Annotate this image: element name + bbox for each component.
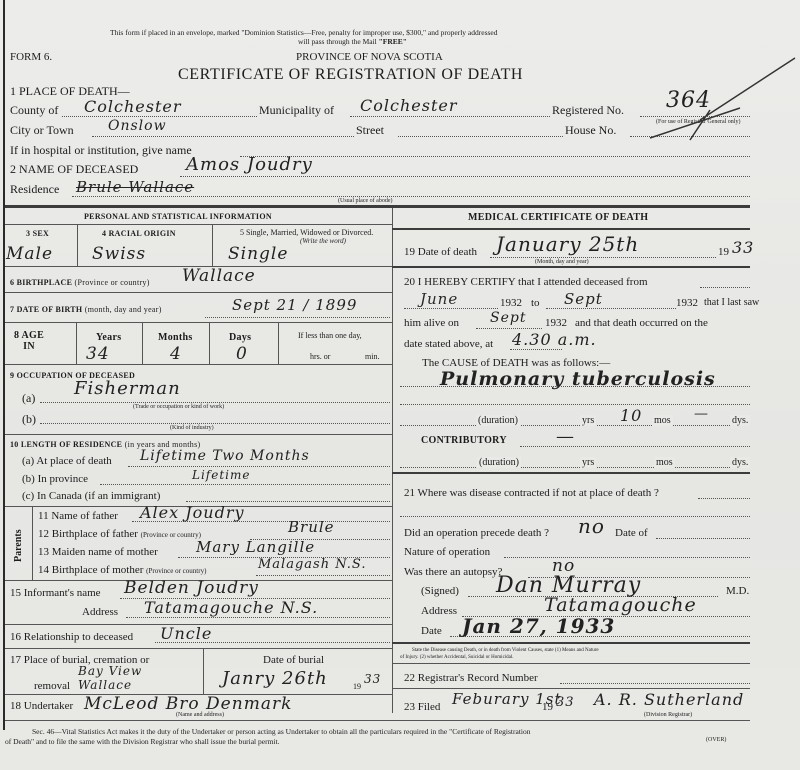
- months-value[interactable]: 4: [170, 344, 182, 364]
- divider: [5, 322, 392, 323]
- birthplace-label: 6 BIRTHPLACE (Province or country): [10, 278, 150, 287]
- residence-value[interactable]: Brule Wallace: [76, 178, 194, 196]
- address-label: Address: [421, 605, 457, 617]
- residence-label: Residence: [10, 182, 59, 197]
- street-line: [398, 136, 563, 137]
- certificate-title: CERTIFICATE OF REGISTRATION OF DEATH: [178, 66, 523, 84]
- res-a-value[interactable]: Lifetime Two Months: [140, 448, 310, 464]
- undertaker-label: 18 Undertaker: [10, 700, 73, 712]
- burial-year-prefix: 19: [353, 682, 361, 691]
- undertaker-note: (Name and address): [176, 712, 224, 718]
- to-value[interactable]: Sept: [564, 290, 603, 308]
- undertaker-value[interactable]: McLeod Bro Denmark: [84, 694, 292, 714]
- dob-value[interactable]: Sept 21 / 1899: [232, 296, 357, 314]
- from-value[interactable]: June: [420, 290, 458, 308]
- time-line: [510, 349, 562, 350]
- death-date-note: (Month, day and year): [535, 259, 589, 265]
- hrs-label: hrs. or: [310, 352, 330, 361]
- years-value[interactable]: 34: [86, 344, 110, 364]
- postal-note: This form if placed in an envelope, mark…: [110, 28, 497, 37]
- county-label: County of: [10, 103, 58, 118]
- res-b-line: [100, 484, 390, 485]
- yrs-label-2: yrs: [580, 457, 596, 468]
- time-value[interactable]: 4.30 a.m.: [512, 330, 597, 349]
- father-label: 11 Name of father: [38, 510, 118, 522]
- municipality-line: [350, 116, 550, 117]
- residence-line: [72, 196, 750, 197]
- check-mark-icon: [630, 50, 800, 150]
- to-line: [546, 308, 676, 309]
- record-number-label: 22 Registrar's Record Number: [404, 672, 538, 684]
- dys-label-2: dys.: [730, 457, 750, 468]
- nature-label: Nature of operation: [404, 546, 490, 558]
- form-number: FORM 6.: [10, 51, 52, 63]
- informant-address-value[interactable]: Tatamagouche N.S.: [144, 598, 318, 617]
- address-value[interactable]: Tatamagouche: [544, 594, 697, 616]
- relationship-label: 16 Relationship to deceased: [10, 631, 133, 643]
- duration-line-2: [400, 467, 750, 468]
- dob-line: [205, 317, 390, 318]
- mother-birthplace-label: 14 Birthplace of mother (Province or cou…: [38, 564, 206, 576]
- county-line: [62, 116, 257, 117]
- date-of-line: [656, 538, 750, 539]
- operation-value[interactable]: no: [578, 514, 605, 538]
- informant-value[interactable]: Belden Joudry: [124, 578, 259, 598]
- state-note-1: State the Disease causing Death, or in d…: [412, 648, 599, 653]
- mother-birthplace-value[interactable]: Malagash N.S.: [258, 557, 366, 572]
- res-b-value[interactable]: Lifetime: [192, 468, 251, 482]
- days-value[interactable]: 0: [236, 344, 248, 364]
- informant-address-line: [126, 617, 390, 618]
- duration-label: (duration): [476, 415, 520, 426]
- divider: [142, 322, 143, 364]
- duration-mos-value[interactable]: 10: [620, 406, 642, 425]
- divider: [209, 322, 210, 364]
- divider: [392, 228, 750, 230]
- autopsy-label: Was there an autopsy?: [404, 566, 502, 578]
- mother-birthplace-line: [256, 575, 390, 576]
- marital-label: 5 Single, Married, Widowed or Divorced.: [240, 228, 373, 237]
- burial-removal-label: removal: [34, 680, 70, 692]
- residence-note: (Usual place of abode): [338, 198, 392, 204]
- md-label: M.D.: [726, 585, 749, 597]
- registrar-note: (Division Registrar): [644, 712, 692, 718]
- death-certificate: This form if placed in an envelope, mark…: [0, 0, 800, 770]
- mother-label: 13 Maiden name of mother: [38, 546, 158, 558]
- city-line: [92, 136, 354, 137]
- duration-label-2: (duration): [477, 457, 521, 468]
- years-label: Years: [96, 332, 121, 343]
- from-line: [404, 308, 498, 309]
- death-year-prefix: 19: [718, 246, 729, 258]
- duration-line: [400, 425, 750, 426]
- personal-heading: PERSONAL AND STATISTICAL INFORMATION: [84, 212, 272, 221]
- occupation-b-label: (b): [22, 412, 36, 427]
- medical-heading: MEDICAL CERTIFICATE OF DEATH: [468, 212, 648, 223]
- divider: [392, 472, 750, 474]
- province-name: PROVINCE OF NOVA SCOTIA: [296, 51, 443, 63]
- footer-line-1: Sec. 46—Vital Statistics Act makes it th…: [32, 727, 531, 736]
- registered-no-label: Registered No.: [552, 103, 624, 118]
- birthplace-value[interactable]: Wallace: [182, 266, 256, 286]
- deceased-name-value[interactable]: Amos Joudry: [186, 154, 313, 175]
- municipality-value[interactable]: Colchester: [360, 96, 457, 115]
- divider: [392, 663, 750, 664]
- divider: [278, 322, 279, 364]
- filed-year-value[interactable]: 33: [556, 695, 575, 710]
- divider: [76, 322, 77, 364]
- from-year: 1932: [500, 297, 522, 309]
- date-of-label: Date of: [615, 527, 648, 539]
- contributory-line: [520, 446, 750, 447]
- divider: [392, 266, 750, 268]
- city-label: City or Town: [10, 123, 74, 138]
- divider: [212, 224, 213, 266]
- occurred-text: and that death occurred on the: [575, 317, 708, 329]
- father-birthplace-label: 12 Birthplace of father (Province or cou…: [38, 528, 201, 540]
- contracted-label: 21 Where was disease contracted if not a…: [404, 487, 659, 499]
- death-year-value[interactable]: 33: [732, 238, 754, 257]
- sex-label: 3 SEX: [26, 229, 49, 238]
- left-border: [3, 0, 5, 730]
- registrar-signature[interactable]: A. R. Sutherland: [594, 690, 744, 709]
- hospital-label: If in hospital or institution, give name: [10, 143, 192, 158]
- divider: [5, 720, 750, 721]
- house-no-label: House No.: [565, 123, 616, 138]
- record-number-line: [560, 683, 750, 684]
- street-label: Street: [356, 123, 384, 138]
- sig-date-label: Date: [421, 625, 442, 637]
- occupation-a-value[interactable]: Fisherman: [74, 378, 181, 399]
- dob-label: 7 DATE OF BIRTH (month, day and year): [10, 305, 162, 314]
- race-value[interactable]: Swiss: [92, 244, 146, 264]
- res-b-label: (b) In province: [22, 473, 88, 485]
- state-note-2: of Injury. (2) whether Accidental, Suici…: [400, 655, 514, 660]
- min-label: min.: [365, 352, 379, 361]
- months-label: Months: [158, 332, 193, 343]
- sex-value[interactable]: Male: [6, 244, 53, 264]
- res-a-label: (a) At place of death: [22, 455, 112, 467]
- footer-line-2: of Death" and to file the same with the …: [5, 737, 279, 746]
- mother-value[interactable]: Mary Langille: [196, 538, 315, 556]
- death-date-value[interactable]: January 25th: [496, 232, 639, 256]
- divider: [203, 648, 204, 694]
- nature-line: [504, 557, 750, 558]
- hospital-line: [240, 156, 750, 157]
- divider: [5, 364, 392, 365]
- section-divider: [5, 205, 750, 208]
- divider: [5, 648, 392, 649]
- burial-place-value-1[interactable]: Bay View: [78, 664, 142, 678]
- occupation-b-line: [40, 423, 390, 424]
- res-c-line: [186, 501, 390, 502]
- divider: [392, 642, 750, 644]
- deceased-name-label: 2 NAME OF DECEASED: [10, 162, 138, 177]
- deceased-name-line: [180, 176, 750, 177]
- postal-note-2: will pass through the Mail "FREE": [298, 37, 407, 46]
- race-label: 4 RACIAL ORIGIN: [102, 229, 176, 238]
- column-divider: [392, 208, 393, 713]
- death-date-label: 19 Date of death: [404, 246, 477, 258]
- divider: [5, 434, 392, 435]
- operation-label: Did an operation precede death ?: [404, 527, 549, 539]
- divider: [5, 224, 392, 225]
- cause-line-2: [400, 404, 750, 405]
- burial-year-value[interactable]: 33: [364, 672, 381, 686]
- divider: [5, 292, 392, 293]
- city-value[interactable]: Onslow: [108, 118, 167, 134]
- less-than-day-label: If less than one day,: [298, 331, 362, 340]
- last-saw-text: that I last saw: [704, 297, 759, 308]
- burial-date-label: Date of burial: [263, 654, 324, 666]
- signed-label: (Signed): [421, 585, 459, 597]
- occupation-a-label: (a): [22, 391, 35, 406]
- yrs-label: yrs: [580, 415, 596, 426]
- filed-label: 23 Filed: [404, 701, 440, 713]
- alive-line: [476, 328, 542, 329]
- occupation-b-note: (Kind of industry): [170, 425, 214, 431]
- informant-label: 15 Informant's name: [10, 587, 101, 599]
- death-date-line: [490, 257, 716, 258]
- alive-value[interactable]: Sept: [490, 310, 526, 326]
- res-c-label: (c) In Canada (if an immigrant): [22, 490, 160, 502]
- to-year: 1932: [676, 297, 698, 309]
- age-label: 8 AGE IN: [12, 330, 46, 352]
- mos-label-2: mos: [654, 457, 675, 468]
- informant-address-label: Address: [82, 606, 118, 618]
- marital-note: (Write the word): [300, 237, 346, 245]
- divider: [32, 506, 33, 580]
- burial-date-value[interactable]: Janry 26th: [222, 668, 328, 689]
- contributory-label: CONTRIBUTORY: [421, 435, 507, 446]
- marital-value[interactable]: Single: [228, 244, 288, 264]
- father-value[interactable]: Alex Joudry: [140, 503, 245, 522]
- days-label: Days: [229, 332, 251, 343]
- divider: [392, 688, 750, 689]
- father-birthplace-value[interactable]: Brule: [288, 518, 335, 536]
- contracted-line-2: [400, 516, 750, 517]
- certify-line: [700, 287, 750, 288]
- divider: [77, 224, 78, 266]
- mos-label: mos: [652, 415, 673, 426]
- alive-label: him alive on: [404, 317, 459, 329]
- county-value[interactable]: Colchester: [84, 97, 181, 116]
- to-label: to: [531, 297, 540, 309]
- cause-line: [400, 386, 750, 387]
- contributory-value[interactable]: —: [556, 426, 575, 447]
- occupation-a-line: [40, 402, 390, 403]
- occupation-a-note: (Trade or occupation or kind of work): [133, 404, 224, 410]
- relationship-value[interactable]: Uncle: [160, 624, 212, 643]
- filed-year-prefix: 19: [542, 701, 553, 713]
- date-above-label: date stated above, at: [404, 338, 493, 350]
- municipality-label: Municipality of: [259, 103, 334, 118]
- burial-place-value-2[interactable]: Wallace: [78, 678, 132, 692]
- parents-label: Parents: [13, 529, 24, 562]
- alive-year: 1932: [545, 317, 567, 329]
- contracted-line: [698, 498, 750, 499]
- certify-text: 20 I HEREBY CERTIFY that I attended dece…: [404, 276, 648, 288]
- sig-date-value[interactable]: Jan 27, 1933: [462, 614, 615, 638]
- dys-label: dys.: [730, 415, 750, 426]
- res-a-line: [128, 466, 390, 467]
- footer-over: (OVER): [706, 737, 726, 743]
- duration-dys-value[interactable]: —: [694, 406, 709, 422]
